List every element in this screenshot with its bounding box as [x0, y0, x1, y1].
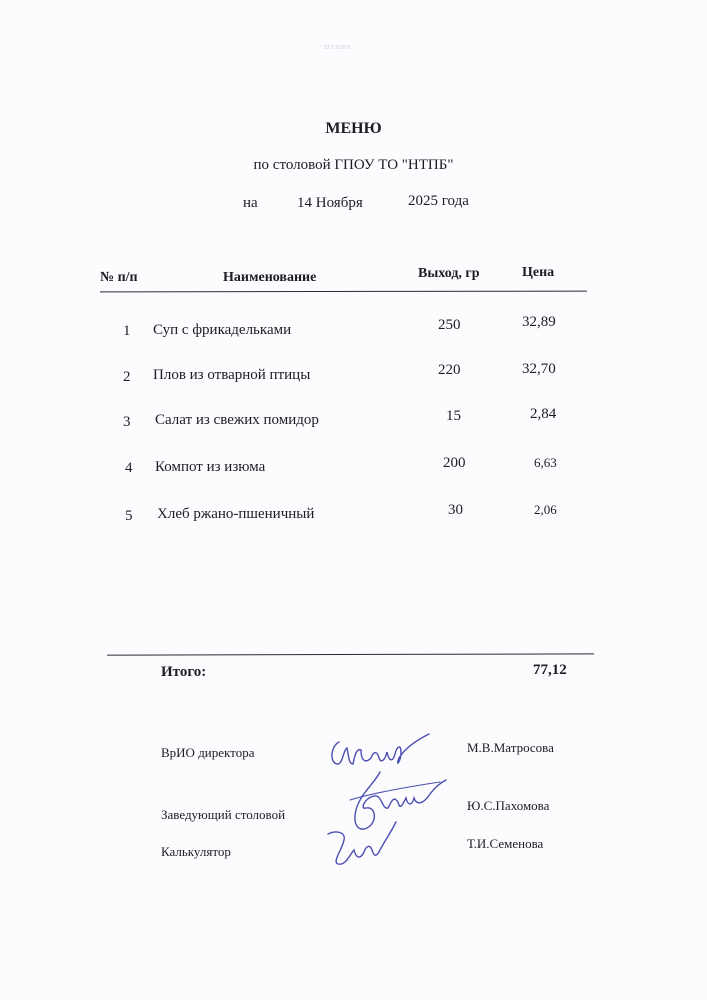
- signatory-name: Т.И.Семенова: [467, 836, 543, 852]
- total-divider: [107, 653, 594, 655]
- header-price: Цена: [522, 265, 554, 281]
- row-price: 32,70: [522, 361, 556, 378]
- row-number: 2: [123, 369, 131, 386]
- faint-stamp: ·штамп·: [320, 42, 355, 51]
- signature-calculator: [320, 820, 400, 870]
- row-name: Суп с фрикадельками: [153, 322, 291, 339]
- total-label: Итого:: [161, 664, 206, 681]
- signatory-role: Калькулятор: [161, 844, 231, 860]
- menu-document: ·штамп· МЕНЮ по столовой ГПОУ ТО "НТПБ" …: [0, 0, 707, 1000]
- date-prefix: на: [243, 195, 258, 212]
- row-output: 30: [448, 502, 463, 519]
- row-price: 6,63: [534, 455, 557, 471]
- signatory-name: М.В.Матросова: [467, 740, 554, 756]
- row-price: 32,89: [522, 314, 556, 331]
- row-price: 2,06: [534, 502, 557, 518]
- row-name: Плов из отварной птицы: [153, 367, 310, 384]
- document-title: МЕНЮ: [0, 120, 707, 138]
- row-name: Компот из изюма: [155, 459, 265, 476]
- row-output: 250: [438, 317, 461, 334]
- header-name: Наименование: [223, 270, 316, 286]
- date-day-month: 14 Ноября: [297, 195, 363, 212]
- total-value: 77,12: [533, 662, 567, 679]
- row-number: 1: [123, 323, 131, 340]
- row-price: 2,84: [530, 406, 556, 423]
- header-output: Выход, гр: [418, 266, 480, 282]
- row-output: 220: [438, 362, 461, 379]
- row-name: Салат из свежих помидор: [155, 412, 319, 429]
- header-divider: [100, 291, 587, 293]
- signatory-role: ВрИО директора: [161, 745, 254, 761]
- signatory-name: Ю.С.Пахомова: [467, 798, 549, 814]
- signatory-role: Заведующий столовой: [161, 807, 285, 823]
- row-number: 5: [125, 508, 133, 525]
- date-year: 2025 года: [408, 193, 469, 210]
- document-subtitle: по столовой ГПОУ ТО "НТПБ": [0, 157, 707, 174]
- header-number: № п/п: [100, 270, 138, 286]
- row-number: 4: [125, 460, 133, 477]
- row-name: Хлеб ржано-пшеничный: [157, 506, 314, 523]
- row-output: 15: [446, 408, 461, 425]
- row-output: 200: [443, 455, 466, 472]
- row-number: 3: [123, 414, 131, 431]
